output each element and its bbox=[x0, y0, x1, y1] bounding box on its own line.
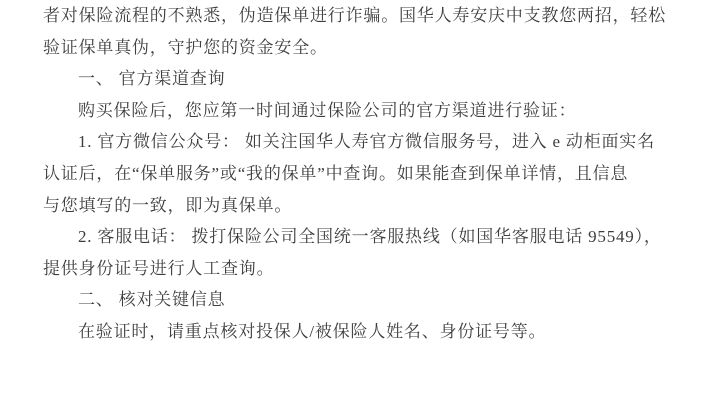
document-page: 者对保险流程的不熟悉，伪造保单进行诈骗。国华人寿安庆中支教您两招，轻松 验证保单… bbox=[0, 0, 704, 396]
document-text-block: 者对保险流程的不熟悉，伪造保单进行诈骗。国华人寿安庆中支教您两招，轻松 验证保单… bbox=[43, 0, 665, 348]
section1-item1-line-1: 1. 官方微信公众号： 如关注国华人寿官方微信服务号，进入 e 动柜面实名 bbox=[43, 126, 665, 158]
intro-paragraph-line-1: 者对保险流程的不熟悉，伪造保单进行诈骗。国华人寿安庆中支教您两招，轻松 bbox=[43, 0, 665, 32]
section1-item1-line-3: 与您填写的一致，即为真保单。 bbox=[43, 190, 665, 222]
section-heading-official-channels: 一、 官方渠道查询 bbox=[43, 63, 665, 95]
section1-item1-line-2: 认证后，在“保单服务”或“我的保单”中查询。如果能查到保单详情，且信息 bbox=[43, 158, 665, 190]
section2-line-1: 在验证时，请重点核对投保人/被保险人姓名、身份证号等。 bbox=[43, 316, 665, 348]
section-heading-verify-key-info: 二、 核对关键信息 bbox=[43, 284, 665, 316]
section1-item2-line-1: 2. 客服电话： 拨打保险公司全国统一客服热线（如国华客服电话 95549）， bbox=[43, 221, 665, 253]
intro-paragraph-line-2: 验证保单真伪，守护您的资金安全。 bbox=[43, 32, 665, 64]
section1-lead-line: 购买保险后，您应第一时间通过保险公司的官方渠道进行验证： bbox=[43, 95, 665, 127]
section1-item2-line-2: 提供身份证号进行人工查询。 bbox=[43, 253, 665, 285]
